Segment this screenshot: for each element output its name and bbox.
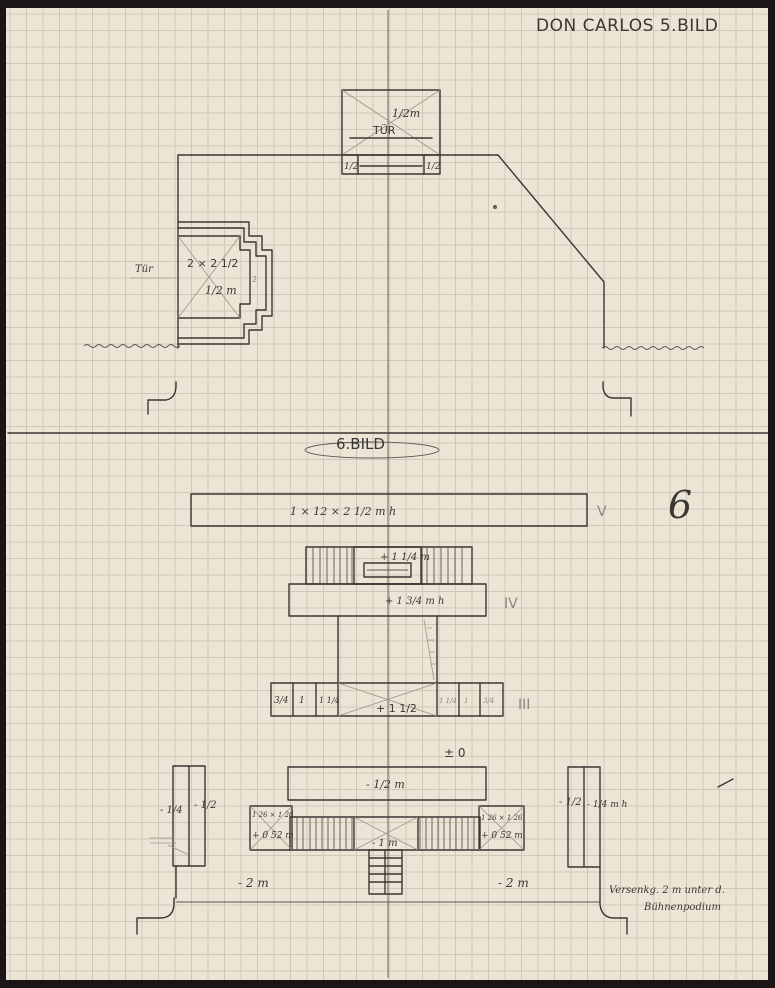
platform-V-label: 1 × 12 × 2 1/2 m h	[290, 505, 396, 518]
stage-plan-sheet: DON CARLOS 5.BILD 1/2m TÜR 1/2 1/2 Tür	[0, 0, 775, 988]
top-door-side-right: 1/2	[426, 162, 441, 172]
platform-V-roman: V	[597, 504, 607, 520]
sink-note-line2: Bühnenpodium	[643, 902, 721, 913]
top-door-side-left: 1/2	[344, 162, 359, 172]
ink-spot	[493, 205, 497, 209]
sheet-title: DON CARLOS 5.BILD	[536, 16, 718, 36]
center-block-label: - 1/2 m	[366, 778, 405, 791]
right-depth: - 2 m	[498, 876, 529, 890]
top-door-size: 1/2m	[392, 107, 420, 120]
right-tower-inner: - 1/2	[559, 797, 582, 808]
platform-III-cell-1: 3/4	[274, 696, 289, 706]
left-tower-outer: - 1/4	[160, 805, 183, 816]
sink-note-line1: Versenkg. 2 m unter d.	[609, 885, 725, 896]
left-tower-inner: - 1/2	[194, 800, 217, 811]
scene6-title: 6.BILD	[336, 435, 385, 453]
pit-label: - 1 m	[372, 838, 398, 849]
right-tower-outer: - 1/4 m h	[587, 800, 627, 810]
left-door-step: 2	[252, 275, 257, 284]
left-box-size: 1 26 × 1 26	[252, 811, 294, 819]
left-depth: - 2 m	[238, 876, 269, 890]
page-number: 6	[668, 483, 692, 527]
left-door-side-label: Tür	[135, 264, 154, 275]
platform-IV-upper-label: + 1 1/4 m	[380, 552, 430, 563]
level-zero-label: ± 0	[444, 746, 466, 760]
left-box-height: + 0 52 m	[252, 831, 294, 841]
left-door-height: 1/2 m	[205, 284, 237, 297]
platform-IV-lower-label: + 1 3/4 m h	[385, 596, 444, 607]
platform-III-cell-6: 3/4	[483, 697, 494, 705]
platform-III-cell-4: 1 1/4	[439, 697, 457, 705]
top-door-label: TÜR	[372, 124, 396, 137]
platform-III-cell-3: 1 1/4	[319, 696, 340, 705]
right-box-size: 1 26 × 1 26	[481, 814, 523, 822]
platform-III-cell-2: 1	[299, 696, 305, 706]
platform-III-roman: III	[518, 697, 530, 713]
platform-III-center: + 1 1/2	[376, 702, 417, 715]
platform-III-cell-5: 1	[464, 697, 468, 705]
right-box-height: + 0 52 m	[481, 831, 523, 841]
platform-IV-roman: IV	[504, 596, 518, 612]
left-door-size: 2 × 2 1/2	[187, 257, 238, 270]
